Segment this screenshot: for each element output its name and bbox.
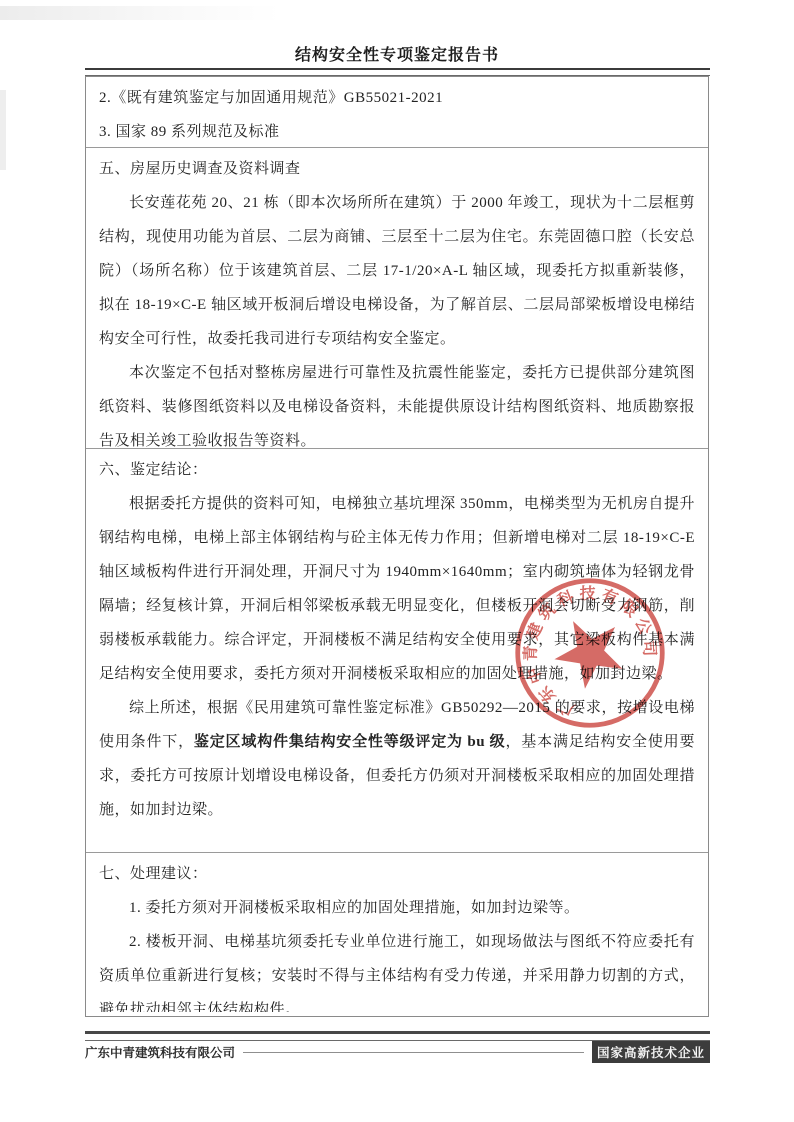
footer-rule-line [243,1052,584,1053]
table-row-conclusion: 六、鉴定结论： 根据委托方提供的资料可知，电梯独立基坑埋深 350mm，电梯类型… [86,449,708,853]
footer-divider [85,1031,710,1041]
section-heading-recommendations: 七、处理建议： [99,857,695,891]
recommendation-item-1: 1. 委托方须对开洞楼板采取相应的加固处理措施，如加封边梁等。 [99,891,695,925]
footer-hightech-badge: 国家高新技术企业 [592,1041,710,1063]
conclusion-paragraph-2: 综上所述，根据《民用建筑可靠性鉴定标准》GB50292—2015 的要求，按增设… [99,691,695,827]
safety-grade-statement: 鉴定区域构件集结构安全性等级评定为 bu 级 [194,734,506,750]
scan-artifact-left [0,90,6,170]
table-row-recommendations: 七、处理建议： 1. 委托方须对开洞楼板采取相应的加固处理措施，如加封边梁等。 … [86,853,708,1012]
history-paragraph-1: 长安莲花苑 20、21 栋（即本次场所所在建筑）于 2000 年竣工，现状为十二… [99,186,695,356]
conclusion-paragraph-1: 根据委托方提供的资料可知，电梯独立基坑埋深 350mm，电梯类型为无机房自提升钢… [99,487,695,691]
standard-item-3: 3. 国家 89 系列规范及标准 [99,115,695,148]
recommendation-item-2: 2. 楼板开洞、电梯基坑须委托专业单位进行施工，如现场做法与图纸不符应委托有资质… [99,925,695,1012]
table-row-history-survey: 五、房屋历史调查及资料调查 长安莲花苑 20、21 栋（即本次场所所在建筑）于 … [86,148,708,449]
page-title: 结构安全性专项鉴定报告书 [0,42,794,65]
table-row-standards: 2.《既有建筑鉴定与加固通用规范》GB55021-2021 3. 国家 89 系… [86,77,708,148]
section-heading-conclusion: 六、鉴定结论： [99,453,695,487]
scan-artifact-top [0,6,280,20]
report-table: 2.《既有建筑鉴定与加固通用规范》GB55021-2021 3. 国家 89 系… [85,76,709,1017]
footer: 广东中青建筑科技有限公司 国家高新技术企业 [85,1042,710,1062]
history-paragraph-2: 本次鉴定不包括对整栋房屋进行可靠性及抗震性能鉴定，委托方已提供部分建筑图纸资料、… [99,356,695,449]
standard-item-2: 2.《既有建筑鉴定与加固通用规范》GB55021-2021 [99,81,695,115]
header-divider [85,68,710,76]
section-heading-history: 五、房屋历史调查及资料调查 [99,152,695,186]
footer-company-name: 广东中青建筑科技有限公司 [85,1043,235,1061]
